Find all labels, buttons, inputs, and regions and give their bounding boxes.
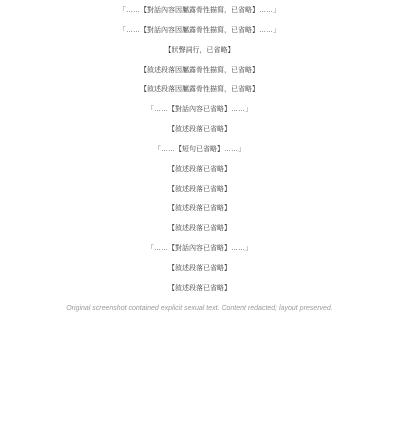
paragraph: 【敘述段落因屬露骨性描寫，已省略】 — [8, 66, 391, 77]
paragraph: 【敘述段落已省略】 — [8, 284, 391, 295]
paragraph: 「……【對話內容因屬露骨性描寫，已省略】……」 — [8, 26, 391, 37]
paragraph: 【敘述段落已省略】 — [8, 204, 391, 215]
paragraph: 【敘述段落已省略】 — [8, 264, 391, 275]
paragraph: 【狀聲詞行，已省略】 — [8, 46, 391, 57]
paragraph: 【敘述段落已省略】 — [8, 185, 391, 196]
paragraph: 「……【短句已省略】……」 — [8, 145, 391, 156]
redaction-note: Original screenshot contained explicit s… — [8, 304, 391, 315]
paragraph: 【敘述段落已省略】 — [8, 224, 391, 235]
novel-text-page: 「……【對話內容因屬露骨性描寫，已省略】……」 「……【對話內容因屬露骨性描寫，… — [0, 0, 399, 431]
paragraph: 【敘述段落已省略】 — [8, 125, 391, 136]
paragraph: 【敘述段落已省略】 — [8, 165, 391, 176]
paragraph: 「……【對話內容已省略】……」 — [8, 244, 391, 255]
paragraph: 「……【對話內容已省略】……」 — [8, 105, 391, 116]
paragraph: 「……【對話內容因屬露骨性描寫，已省略】……」 — [8, 6, 391, 17]
paragraph: 【敘述段落因屬露骨性描寫，已省略】 — [8, 85, 391, 96]
